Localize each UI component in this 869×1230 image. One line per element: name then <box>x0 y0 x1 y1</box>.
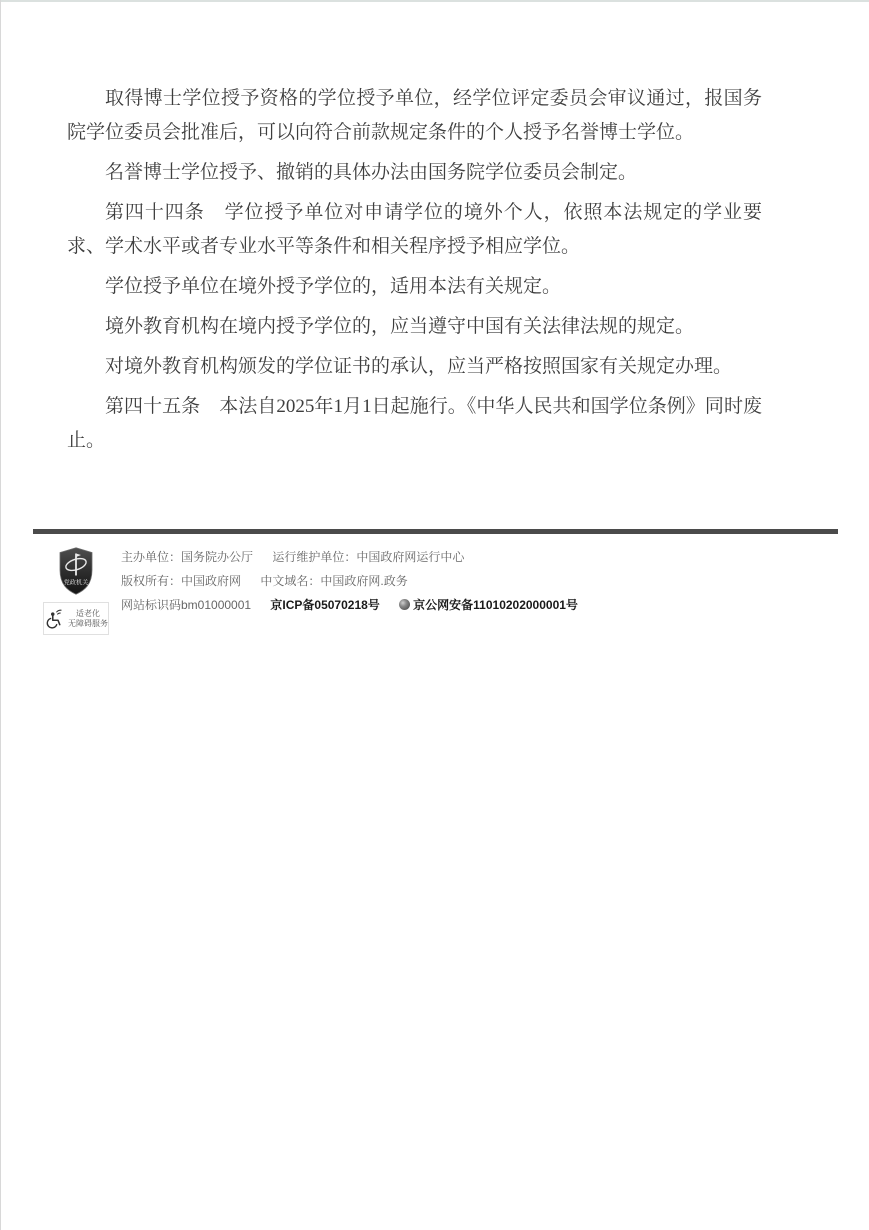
police-badge-icon <box>399 599 410 610</box>
law-paragraph: 取得博士学位授予资格的学位授予单位，经学位评定委员会审议通过，报国务院学位委员会… <box>67 82 762 150</box>
footer-line-organizer: 主办单位：国务院办公厅 运行维护单位：中国政府网运行中心 <box>121 549 578 565</box>
law-paragraph: 第四十五条 本法自2025年1月1日起施行。《中华人民共和国学位条例》同时废止。 <box>67 390 762 458</box>
police-registration-link[interactable]: 京公网安备11010202000001号 <box>413 598 578 612</box>
accessibility-wheelchair-icon <box>44 608 65 629</box>
law-paragraph: 境外教育机构在境内授予学位的，应当遵守中国有关法律法规的规定。 <box>67 310 762 344</box>
footer-line-copyright: 版权所有：中国政府网 中文域名：中国政府网.政务 <box>121 573 578 589</box>
icp-license-link[interactable]: 京ICP备05070218号 <box>270 598 379 612</box>
footer-line-registration: 网站标识码bm01000001 京ICP备05070218号 京公网安备1101… <box>121 597 578 613</box>
footer-logos: 党政机关 适老化 无障碍服务 <box>43 547 109 635</box>
svg-text:党政机关: 党政机关 <box>64 579 89 587</box>
footer-divider <box>33 529 838 534</box>
law-article-body: 取得博士学位授予资格的学位授予单位，经学位评定委员会审议通过，报国务院学位委员会… <box>67 2 762 458</box>
party-government-badge-icon[interactable]: 党政机关 <box>59 547 93 595</box>
law-paragraph: 学位授予单位在境外授予学位的，适用本法有关规定。 <box>67 270 762 304</box>
footer-site-id: 网站标识码bm01000001 <box>121 598 251 612</box>
footer: 党政机关 适老化 无障碍服务 主办单位：国务院办公厅 运行维护单位：中国政府网运… <box>43 547 869 635</box>
law-paragraph: 名誉博士学位授予、撤销的具体办法由国务院学位委员会制定。 <box>67 156 762 190</box>
footer-copyright: 版权所有：中国政府网 <box>121 574 241 588</box>
footer-organizer: 主办单位：国务院办公厅 <box>121 550 253 564</box>
footer-maintainer: 运行维护单位：中国政府网运行中心 <box>272 550 464 564</box>
footer-text: 主办单位：国务院办公厅 运行维护单位：中国政府网运行中心 版权所有：中国政府网 … <box>121 547 578 621</box>
police-registration: 京公网安备11010202000001号 <box>399 598 578 612</box>
law-paragraph: 对境外教育机构颁发的学位证书的承认，应当严格按照国家有关规定办理。 <box>67 350 762 384</box>
accessibility-service-button[interactable]: 适老化 无障碍服务 <box>43 602 109 635</box>
accessibility-service-label: 适老化 无障碍服务 <box>68 609 108 629</box>
law-paragraph: 第四十四条 学位授予单位对申请学位的境外个人，依照本法规定的学业要求、学术水平或… <box>67 196 762 264</box>
footer-domain: 中文域名：中国政府网.政务 <box>260 574 407 588</box>
